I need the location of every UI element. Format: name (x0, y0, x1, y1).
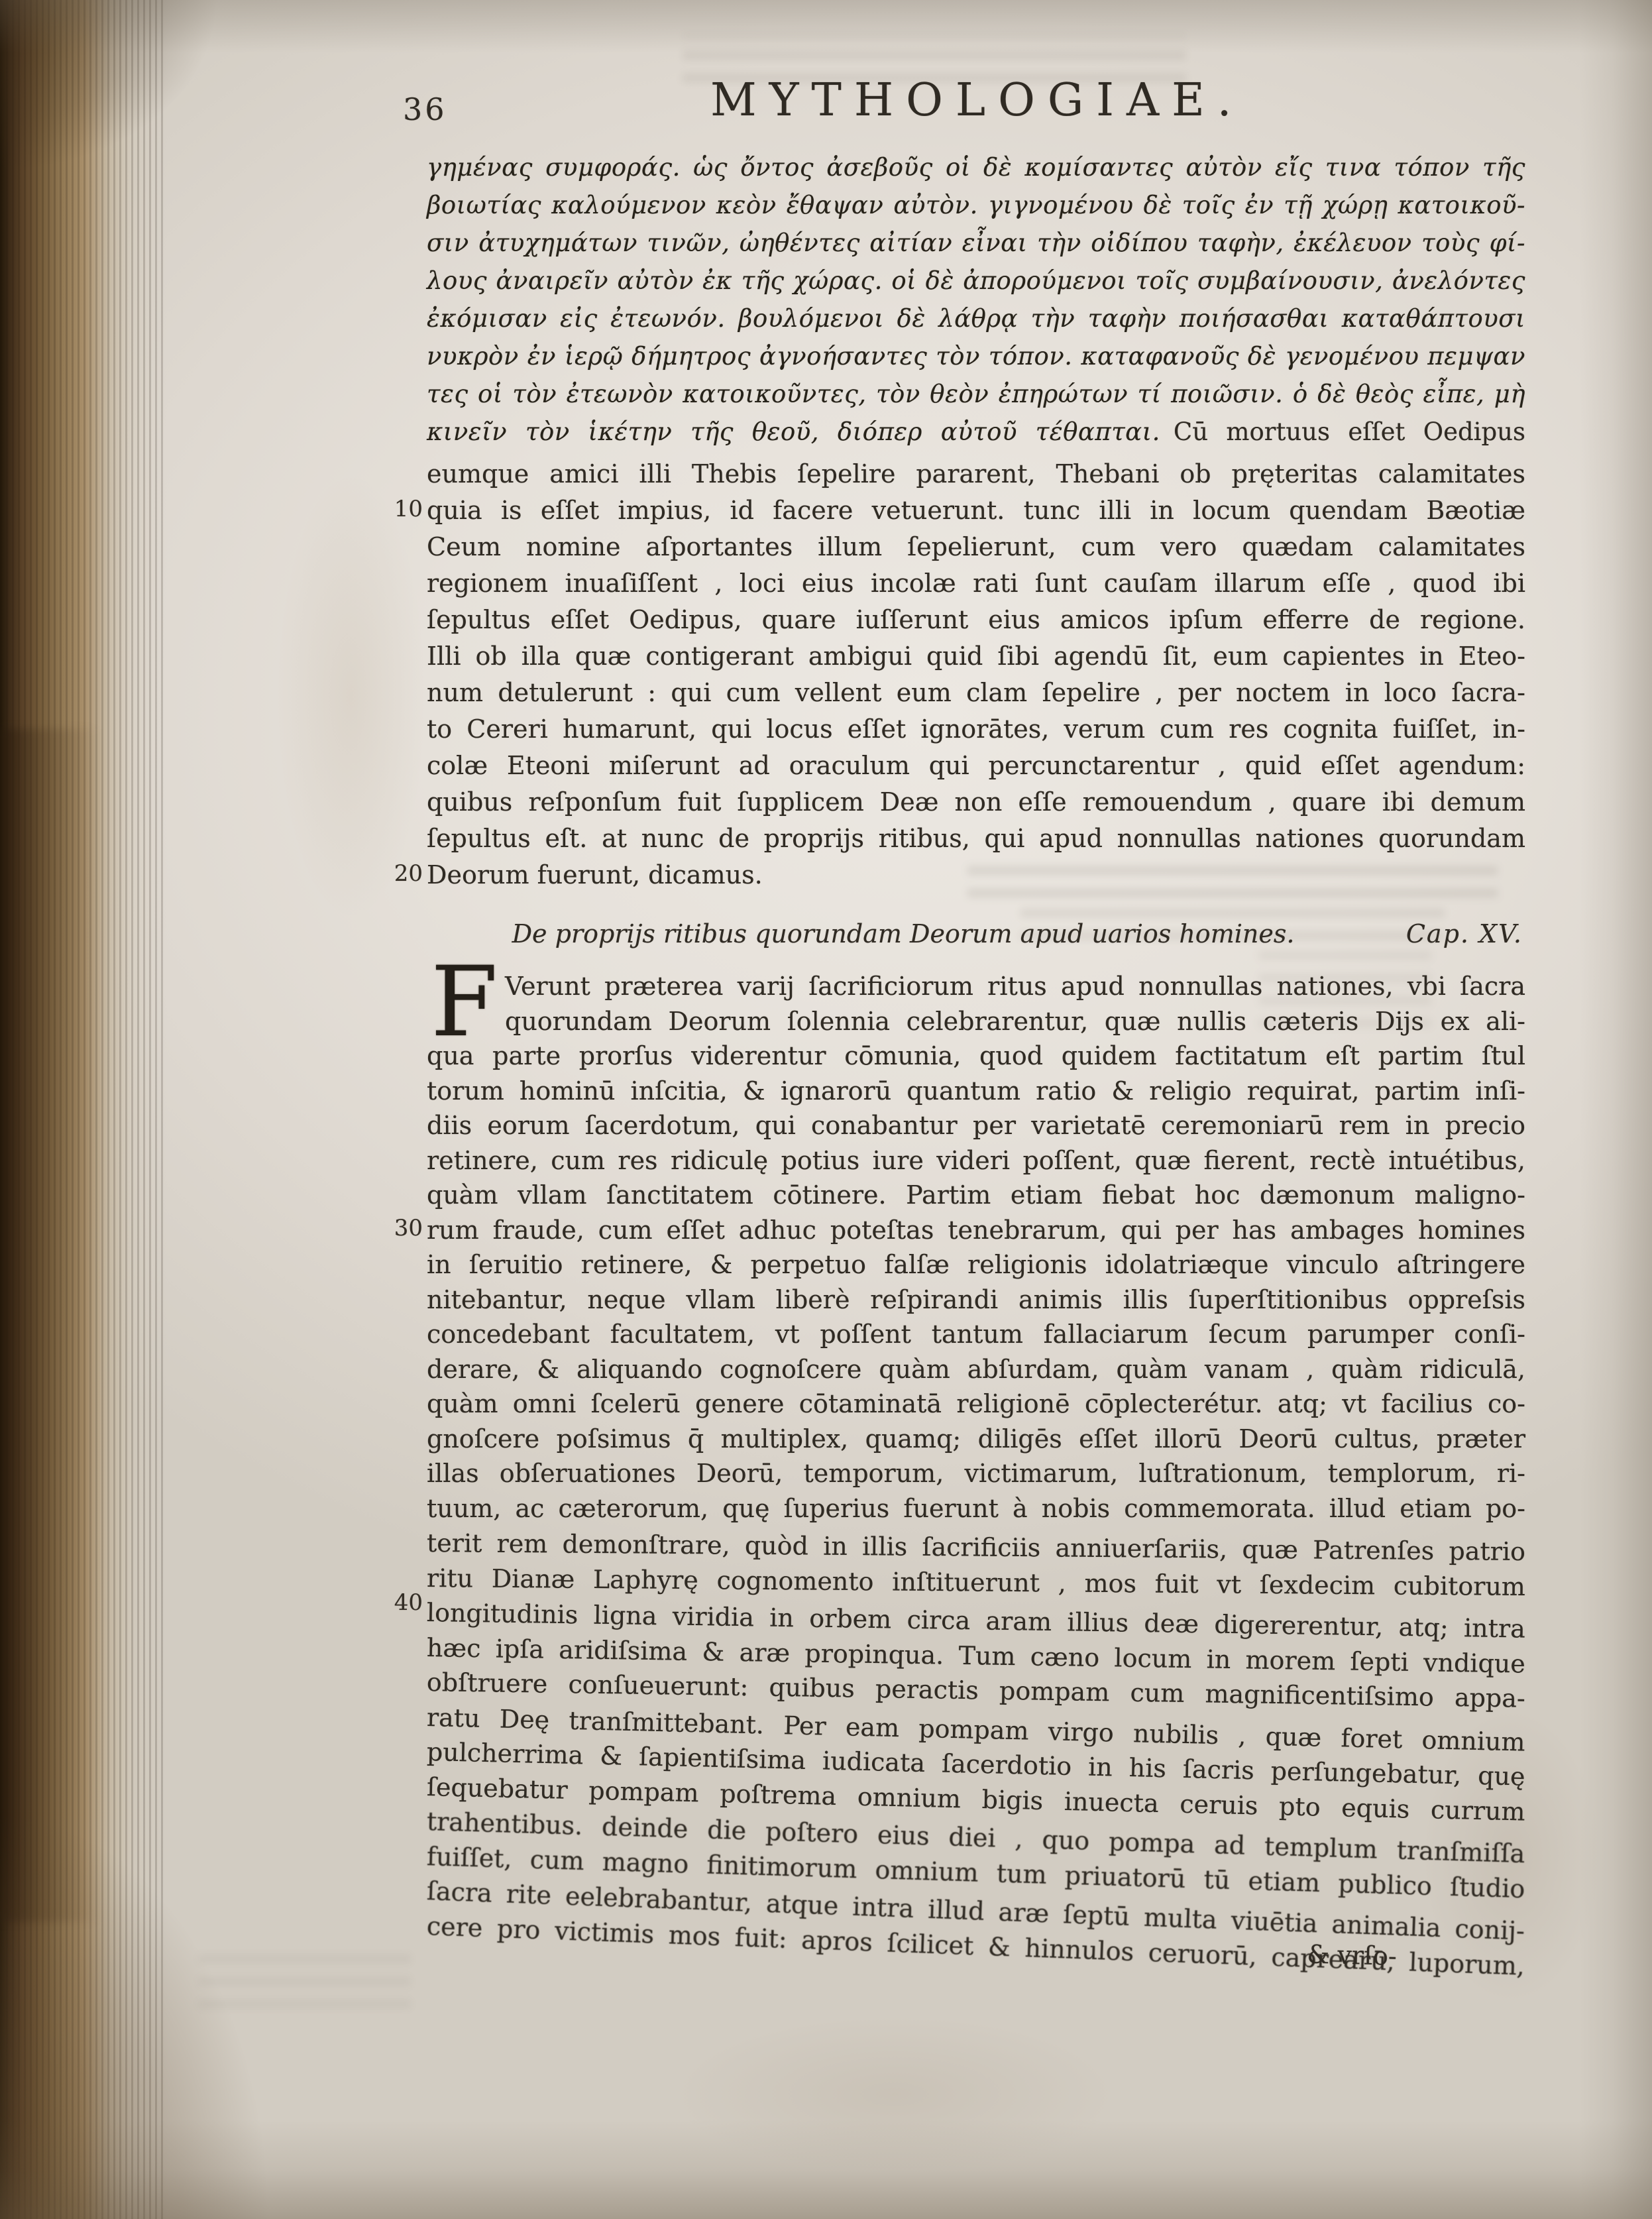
text-line: Illi ob illa quæ contigerant ambigui qui… (427, 638, 1525, 675)
greek-line: τες οἱ τὸν ἐτεωνὸν κατοικοῦντες, τὸν θεὸ… (427, 375, 1525, 413)
text-line: quàm vllam ſanctitatem cōtinere. Partim … (427, 1178, 1525, 1213)
text-line: Deorum fuerunt, dicamus. (427, 857, 1525, 893)
text-line: tuum, ac cæterorum, quę ſuperius fuerunt… (427, 1491, 1525, 1526)
text-line: num detulerunt : qui cum vellent eum cla… (427, 675, 1525, 711)
greek-line: βοιωτίας καλούμενον κεὸν ἔθαψαν αὐτὸν. γ… (427, 186, 1525, 224)
greek-latin-line: κινεῖν τὸν ἱκέτην τῆς θεοῦ, διόπερ αὐτοῦ… (427, 413, 1525, 451)
greek-line: νυκρὸν ἐν ἱερῷ δήμητρος ἀγνοήσαντες τὸν … (427, 337, 1525, 375)
right-edge-shadow (1579, 0, 1652, 2219)
greek-line-end: κινεῖν τὸν ἱκέτην τῆς θεοῦ, διόπερ αὐτοῦ… (427, 418, 1160, 446)
greek-line: ἐκόμισαν εἰς ἐτεωνόν. βουλόμενοι δὲ λάθρ… (427, 300, 1525, 337)
text-line: illas obſeruationes Deorū, temporum, vic… (427, 1456, 1525, 1491)
text-line: rum fraude, cum eſſet adhuc poteſtas ten… (427, 1213, 1525, 1248)
paper-stain (252, 398, 451, 994)
page-number: 36 (403, 91, 447, 127)
text-line: in ſeruitio retinere, & perpetuo falſæ r… (427, 1247, 1525, 1282)
text-line: quàm omni ſcelerū genere cōtaminatā reli… (427, 1387, 1525, 1422)
chapter-title: De proprijs ritibus quorundam Deorum apu… (429, 917, 1357, 951)
chapter-number: Cap. XV. (1357, 917, 1523, 951)
text-line: derare, & aliquando cognoſcere quàm abſu… (427, 1352, 1525, 1387)
greek-line: λους ἀναιρεῖν αὐτὸν ἐκ τῆς χώρας. οἱ δὲ … (427, 262, 1525, 300)
margin-line-number: 40 (366, 1589, 423, 1616)
margin-line-number: 10 (366, 496, 423, 522)
greek-line: γημένας συμφοράς. ὡς ὄντος ἀσεβοῦς οἱ δὲ… (427, 148, 1525, 186)
running-title: MYTHOLOGIAE. (710, 74, 1244, 127)
text-line: retinere, cum res ridiculę potius iure v… (427, 1143, 1525, 1178)
book-page-scan: 36 MYTHOLOGIAE. 10 20 30 40 γημένας συμφ… (0, 0, 1652, 2219)
text-line: quorundam Deorum ſolennia celebrarentur,… (505, 1004, 1525, 1039)
text-line: ſepultus eſſet Oedipus, quare iuſſerunt … (427, 602, 1525, 638)
latin-paragraph-oedipus: eumque amici illi Thebis ſepelire parare… (427, 456, 1525, 893)
text-line: Ceum nomine aſportantes illum ſepelierun… (427, 529, 1525, 565)
text-line: colæ Eteoni miſerunt ad oraculum qui per… (427, 748, 1525, 784)
text-line: diis eorum ſacerdotum, qui conabantur pe… (427, 1108, 1525, 1143)
text-line: eumque amici illi Thebis ſepelire parare… (427, 456, 1525, 492)
text-line: concedebant facultatem, vt poſſent tantu… (427, 1317, 1525, 1352)
text-line: quia is eſſet impius, id facere vetuerun… (427, 492, 1525, 529)
text-line: torum hominū inſcitia, & ignarorū quantu… (427, 1074, 1525, 1109)
top-edge-shadow (0, 0, 1652, 53)
text-line: qua parte prorſus viderentur cōmunia, qu… (427, 1039, 1525, 1074)
text-line: quibus reſponſum fuit ſupplicem Deæ non … (427, 784, 1525, 821)
greek-line: σιν ἀτυχημάτων τινῶν, ὠηθέντες αἰτίαν εἶ… (427, 224, 1525, 262)
chapter-heading: De proprijs ritibus quorundam Deorum apu… (429, 917, 1523, 951)
text-line: regionem inuaſiſſent , loci eius incolæ … (427, 565, 1525, 602)
latin-opening: Cū mortuus eſſet Oedipus (1174, 418, 1525, 446)
greek-passage: γημένας συμφοράς. ὡς ὄντος ἀσεβοῦς οἱ δὲ… (427, 148, 1525, 451)
text-line: to Cereri humarunt, qui locus eſſet igno… (427, 711, 1525, 748)
text-line: gnoſcere poſsimus q̄ multiplex, quamq; d… (427, 1422, 1525, 1457)
latin-paragraph-rites: Verunt præterea varij ſacrificiorum ritu… (427, 969, 1525, 1943)
text-line: Verunt præterea varij ſacrificiorum ritu… (505, 969, 1525, 1004)
text-line: nitebantur, neque vllam liberè reſpirand… (427, 1282, 1525, 1318)
margin-line-number: 20 (366, 860, 423, 887)
bottom-edge-shadow (0, 2120, 1652, 2219)
margin-line-number: 30 (366, 1215, 423, 1241)
text-line: ſepultus eſt. at nunc de proprijs ritibu… (427, 821, 1525, 857)
